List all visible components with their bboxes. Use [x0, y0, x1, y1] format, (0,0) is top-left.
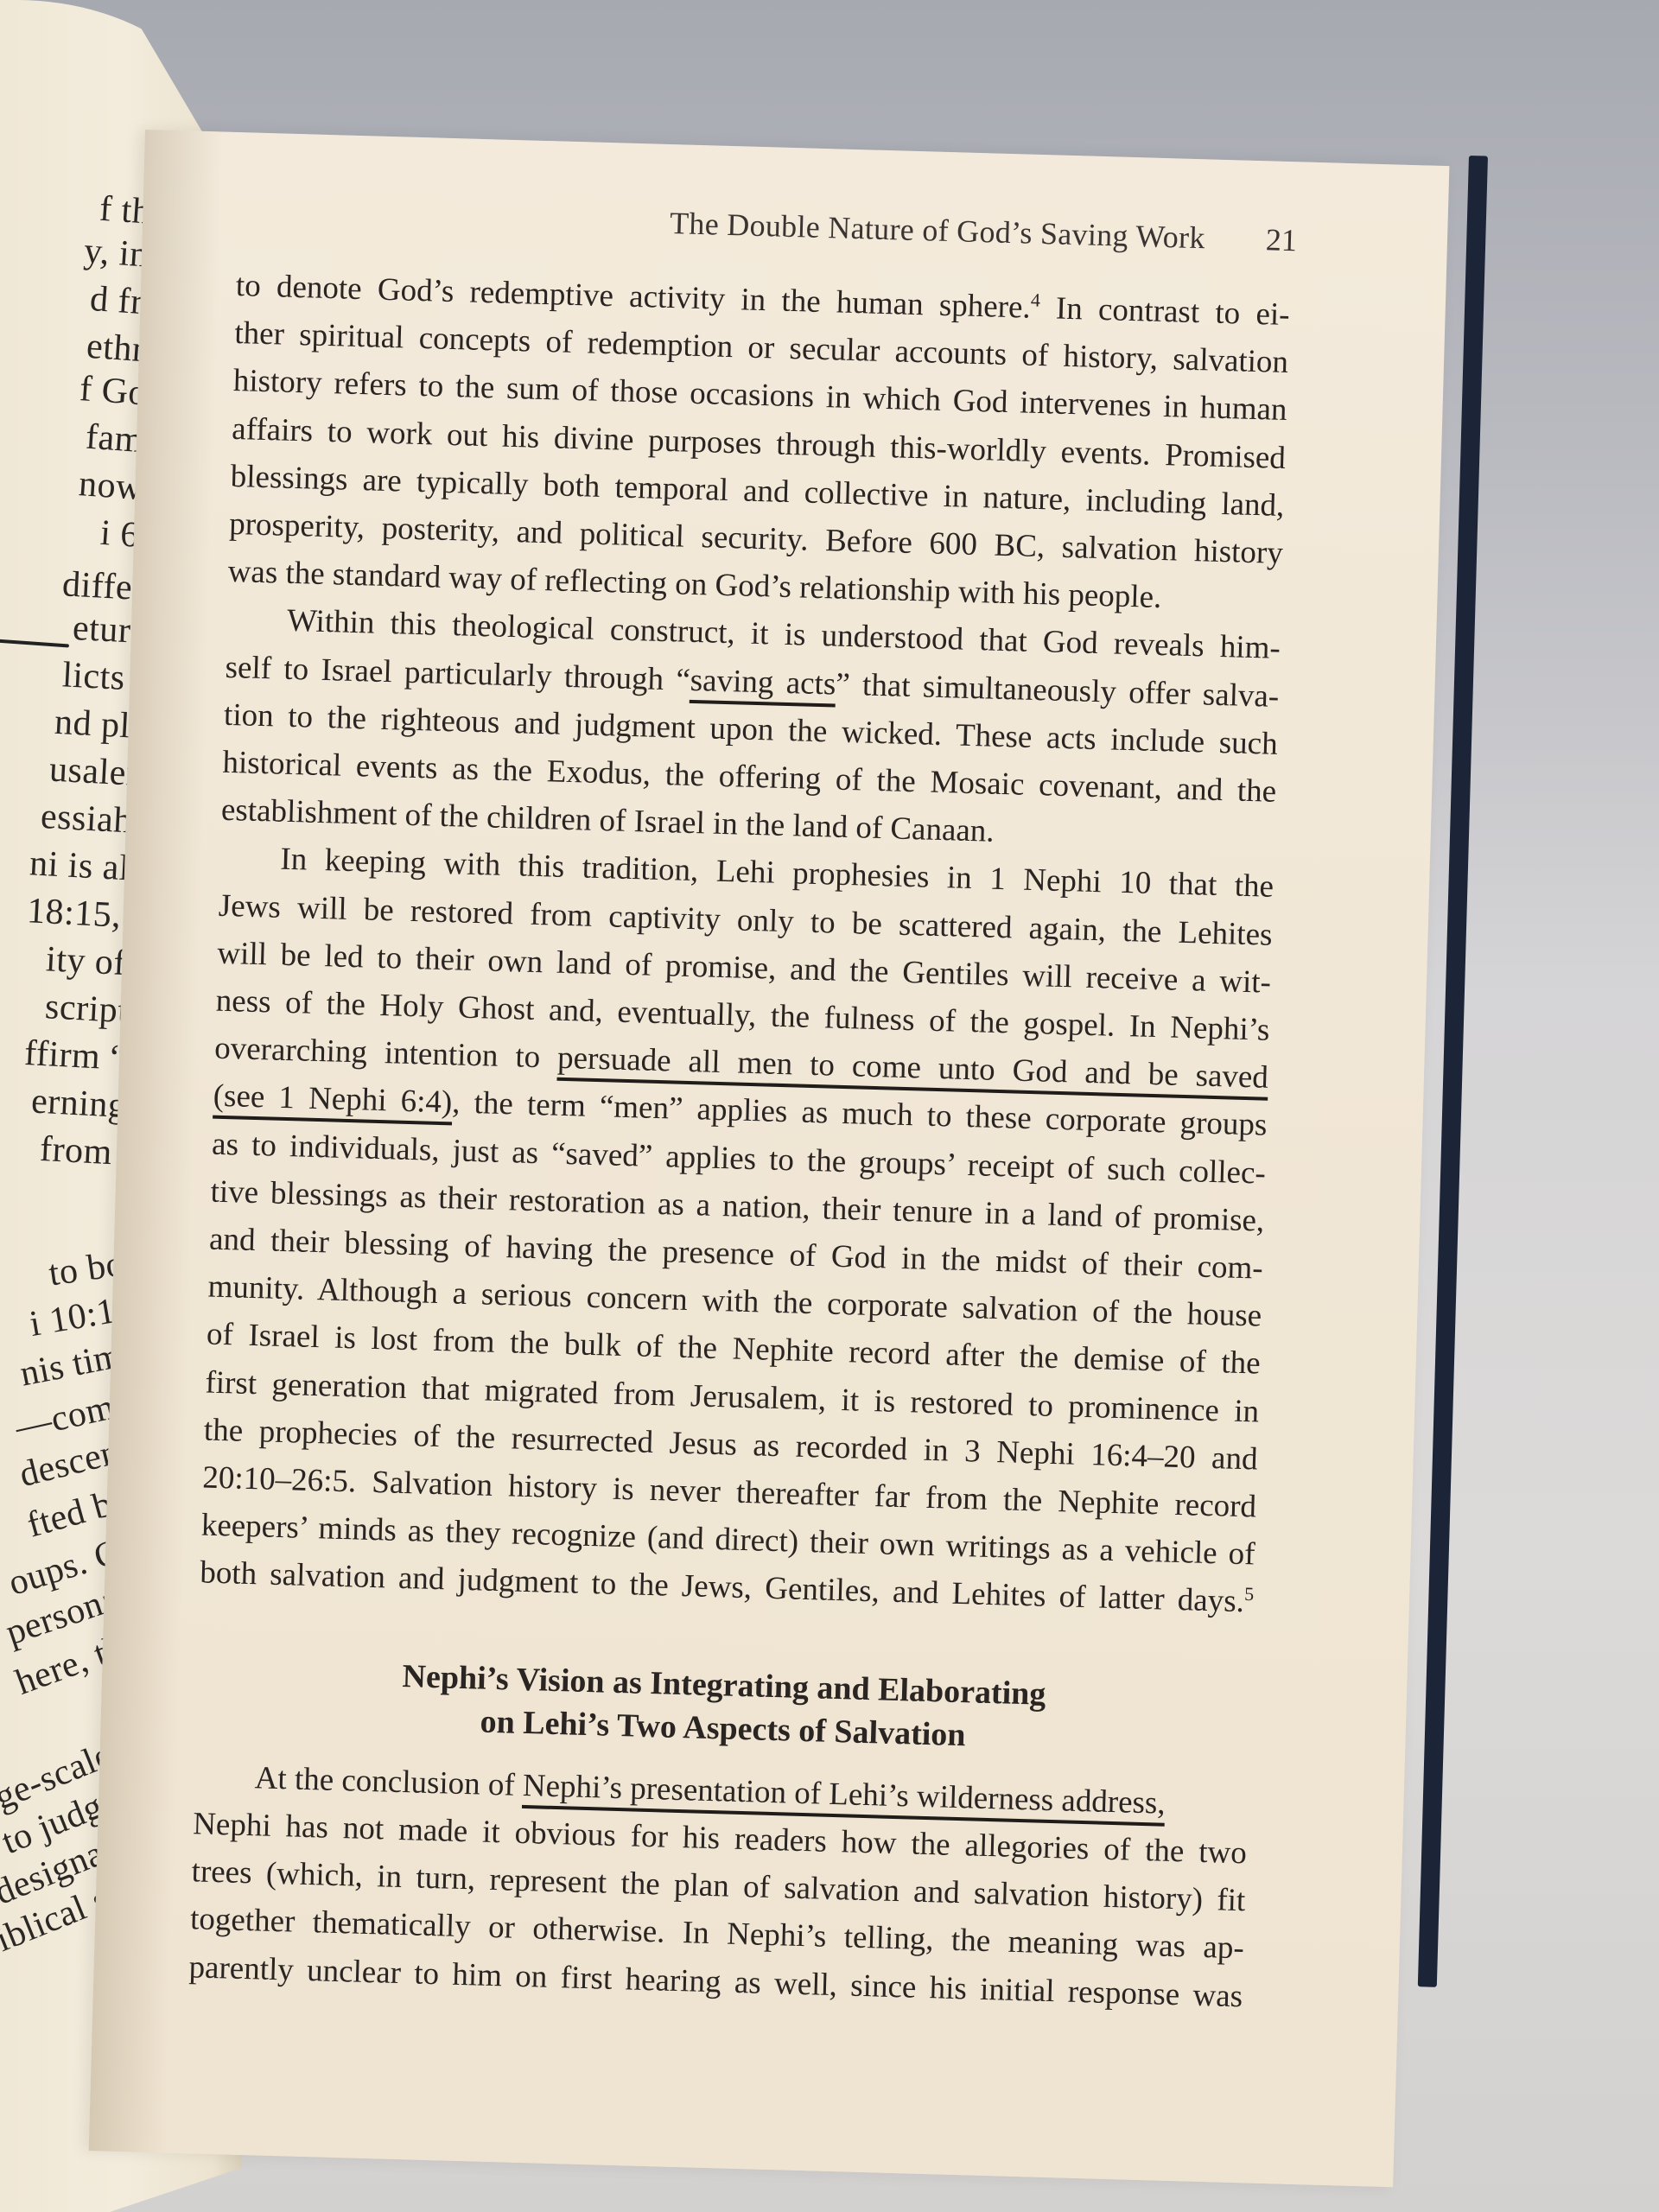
right-page: The Double Nature of God’s Saving Work 2…: [89, 130, 1450, 2187]
paragraph-4: At the conclusion of Nephi’s presentatio…: [188, 1752, 1249, 2020]
pen-underline-left-page: [0, 639, 69, 648]
pen-underline-saving-acts: saving acts: [690, 662, 836, 707]
paragraph-2: Within this theological construct, it is…: [220, 595, 1281, 863]
section-heading: Nephi’s Vision as Integrating and Elabor…: [195, 1649, 1251, 1764]
footnote-ref[interactable]: 5: [1244, 1583, 1255, 1605]
page-number: 21: [1265, 221, 1297, 258]
footnote-ref[interactable]: 4: [1031, 289, 1041, 310]
pen-underline-citation: (see 1 Nephi 6:4): [213, 1078, 453, 1126]
running-head: The Double Nature of God’s Saving Work: [670, 205, 1206, 256]
body-text: to denote God’s redemptive activity in t…: [188, 262, 1290, 2020]
paragraph-1: to denote God’s redemptive activity in t…: [227, 262, 1290, 625]
paragraph-3: In keeping with this tradition, Lehi pro…: [200, 834, 1274, 1626]
